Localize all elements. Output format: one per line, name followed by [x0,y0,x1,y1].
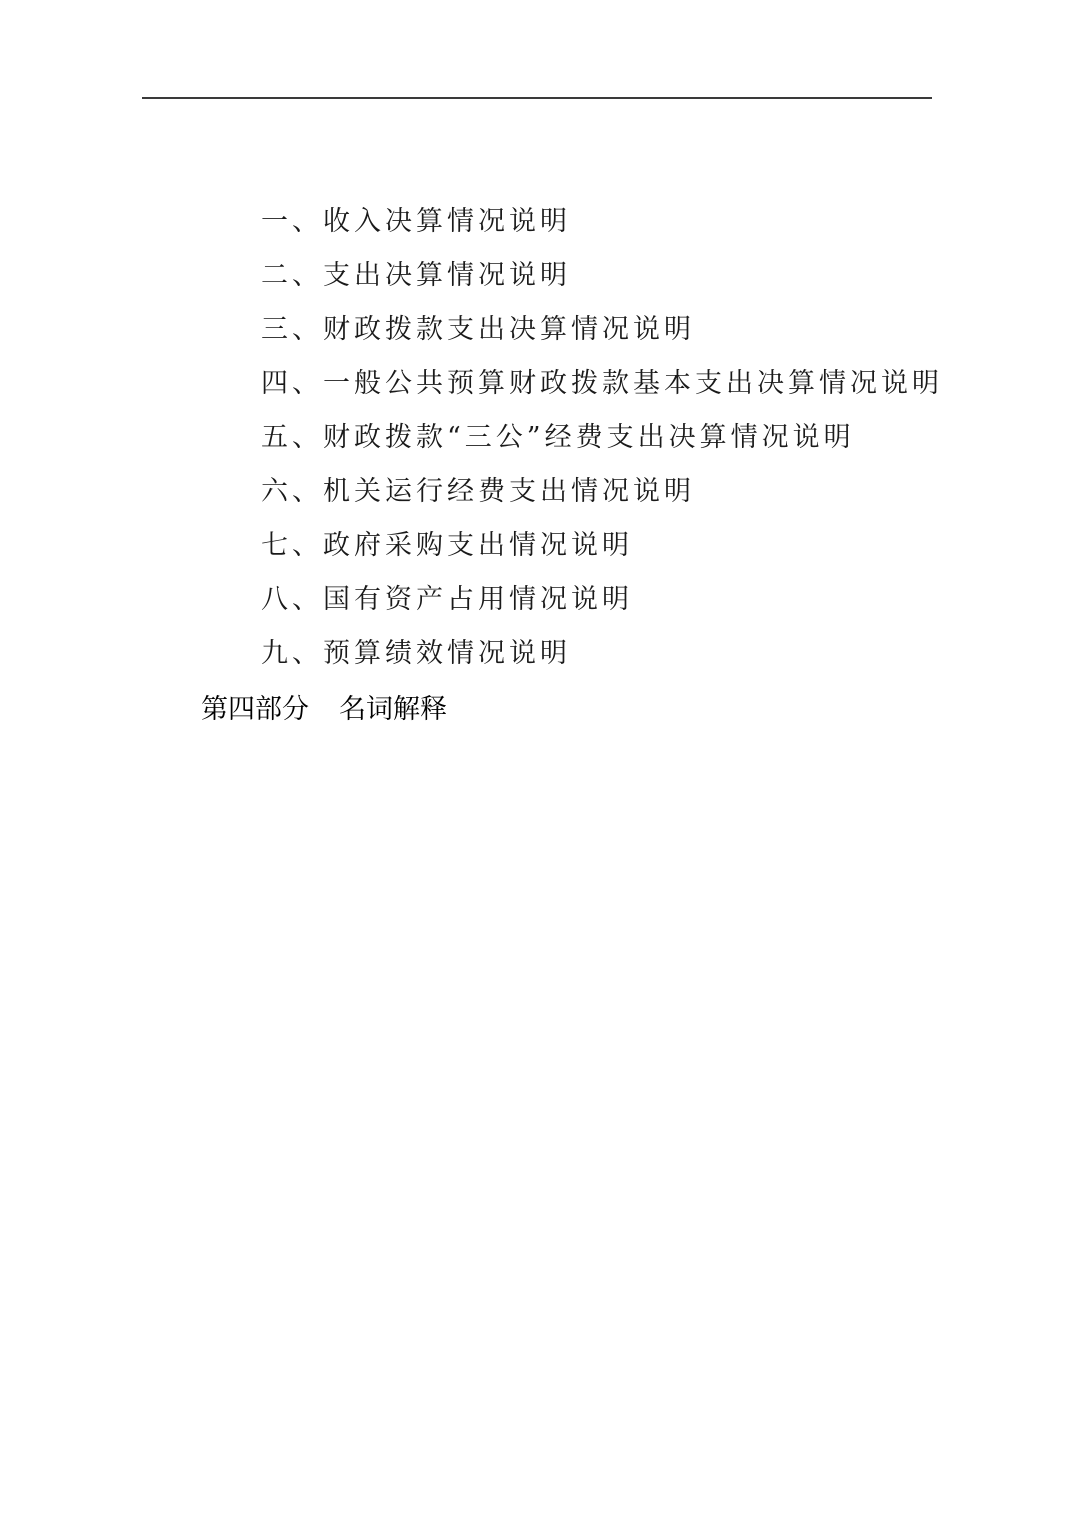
toc-item: 六、机关运行经费支出情况说明 [261,476,695,508]
toc-item: 九、预算绩效情况说明 [261,638,571,670]
header-rule [142,97,932,99]
toc-item: 二、支出决算情况说明 [261,260,571,292]
toc-item: 三、财政拨款支出决算情况说明 [261,314,695,346]
toc-item: 五、财政拨款“三公”经费支出决算情况说明 [261,422,855,454]
toc-item: 一、收入决算情况说明 [261,206,571,238]
part-heading: 第四部分名词解释 [201,694,447,726]
toc-item: 四、一般公共预算财政拨款基本支出决算情况说明 [261,368,943,400]
toc-item: 七、政府采购支出情况说明 [261,530,633,562]
part-title: 名词解释 [339,694,447,725]
part-number: 第四部分 [201,694,309,725]
toc-item: 八、国有资产占用情况说明 [261,584,633,616]
